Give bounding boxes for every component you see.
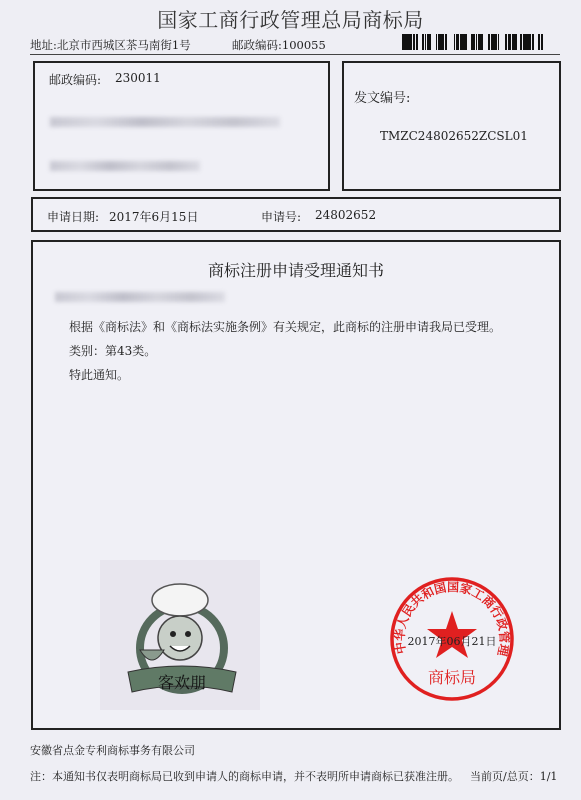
application-date-label: 申请日期:: [47, 208, 99, 225]
page-indicator: 当前页/总页：1/1: [470, 768, 557, 784]
document-ref-value: TMZC24802652ZCSL01: [380, 129, 528, 143]
trademark-logo: 客欢朋: [100, 560, 260, 710]
recipient-postal-label: 邮政编码:: [49, 71, 101, 88]
document-ref-box: 发文编号: TMZC24802652ZCSL01: [342, 61, 561, 191]
recipient-box: 邮政编码: 230011: [33, 61, 330, 191]
application-number-value: 24802652: [315, 208, 376, 222]
redacted-applicant: [55, 292, 225, 302]
application-box: 申请日期: 2017年6月15日 申请号: 24802652: [31, 197, 561, 232]
application-date-value: 2017年6月15日: [109, 208, 198, 225]
notice-title: 商标注册申请受理通知书: [33, 258, 559, 281]
agency-name: 安徽省点金专利商标事务有限公司: [30, 742, 195, 758]
issuer-address: 地址:北京市西城区茶马南街1号: [30, 37, 191, 53]
issuer-title: 国家工商行政管理总局商标局: [0, 4, 581, 33]
footer-note: 注：本通知书仅表明商标局已收到申请人的商标申请，并不表明所申请商标已获准注册。: [30, 768, 459, 784]
barcode-icon: [402, 34, 552, 50]
notice-body: 根据《商标法》和《商标法实施条例》有关规定，此商标的注册申请我局已受理。: [69, 318, 501, 335]
application-number-label: 申请号:: [261, 208, 301, 225]
redacted-address: [50, 117, 280, 127]
logo-text: 客欢朋: [158, 673, 206, 692]
document-ref-label: 发文编号:: [354, 87, 410, 106]
issuer-postal-code: 邮政编码:100055: [232, 37, 326, 53]
official-seal-icon: 中华人民共和国国家工商行政管理总局 商标局 2017年06月21日: [388, 575, 516, 703]
notice-category: 类别：第43类。: [69, 342, 156, 359]
header-divider: [30, 54, 560, 55]
seal-date: 2017年06月21日: [408, 634, 497, 648]
seal-inner-text: 商标局: [428, 668, 476, 687]
notice-closing: 特此通知。: [69, 366, 129, 383]
redacted-recipient-name: [50, 161, 200, 171]
recipient-postal-value: 230011: [115, 71, 161, 85]
